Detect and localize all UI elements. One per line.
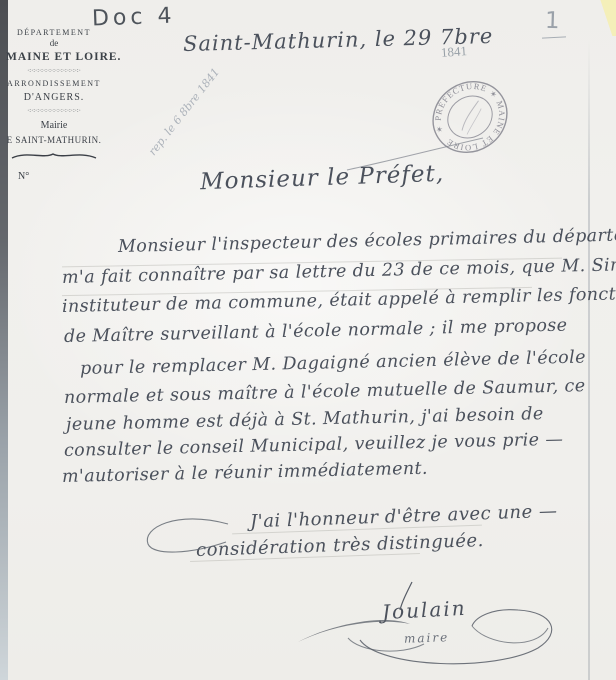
letterhead-brace-ornament — [6, 147, 102, 165]
body-line: m'autoriser à le réunir immédiatement. — [62, 459, 428, 487]
letterhead-de: de — [6, 38, 102, 48]
body-line: pour le remplacer M. Dagaigné ancien élè… — [80, 348, 586, 379]
page-number-annotation: 1 — [545, 8, 561, 34]
letterhead-divider: ·:·:·:·:·:·:·:·:·:·:·:·:·:· — [6, 67, 102, 74]
dateline-year: 1841 — [440, 43, 467, 61]
letterhead-numero: N° — [18, 171, 102, 182]
letterhead-maine-et-loire: MAINE ET LOIRE. — [6, 51, 102, 63]
doc-number-annotation: Doc 4 — [92, 4, 176, 32]
letterhead-mairie: Mairie — [6, 120, 102, 131]
letterhead-divider: ·:·:·:·:·:·:·:·:·:·:·:·:·:· — [6, 107, 102, 114]
letterhead-arrondissement: ARRONDISSEMENT — [6, 79, 102, 88]
letterhead-angers: D'ANGERS. — [6, 92, 102, 103]
letterhead-departement: DÉPARTEMENT — [6, 28, 102, 37]
response-date-annotation: rep. le 6 8bre 1841 — [146, 66, 222, 158]
body-line: normale et sous maître à l'école mutuell… — [64, 376, 586, 408]
salutation: Monsieur le Préfet, — [200, 161, 445, 196]
body-line: jeune homme est déjà à St. Mathurin, j'a… — [66, 404, 544, 435]
body-line: consulter le conseil Municipal, veuillez… — [64, 430, 564, 461]
page-right-edge — [588, 40, 590, 680]
body-line: Monsieur l'inspecteur des écoles primair… — [118, 224, 616, 257]
body-line: m'a fait connaître par sa lettre du 23 d… — [62, 255, 616, 288]
body-line: instituteur de ma commune, était appelé … — [62, 284, 616, 317]
body-line: de Maître surveillant à l'école normale … — [64, 316, 568, 347]
page-number-underline — [542, 36, 566, 38]
closing-flourish — [136, 512, 231, 562]
scanned-letter-page: Doc 4 1 rep. le 6 8bre 1841 DÉPARTEMENT … — [0, 0, 616, 680]
printed-letterhead: DÉPARTEMENT de MAINE ET LOIRE. ·:·:·:·:·… — [6, 26, 102, 182]
signature-flourish — [290, 580, 570, 680]
letterhead-commune: E SAINT-MATHURIN. — [6, 135, 102, 145]
yellowed-corner — [592, 0, 616, 36]
